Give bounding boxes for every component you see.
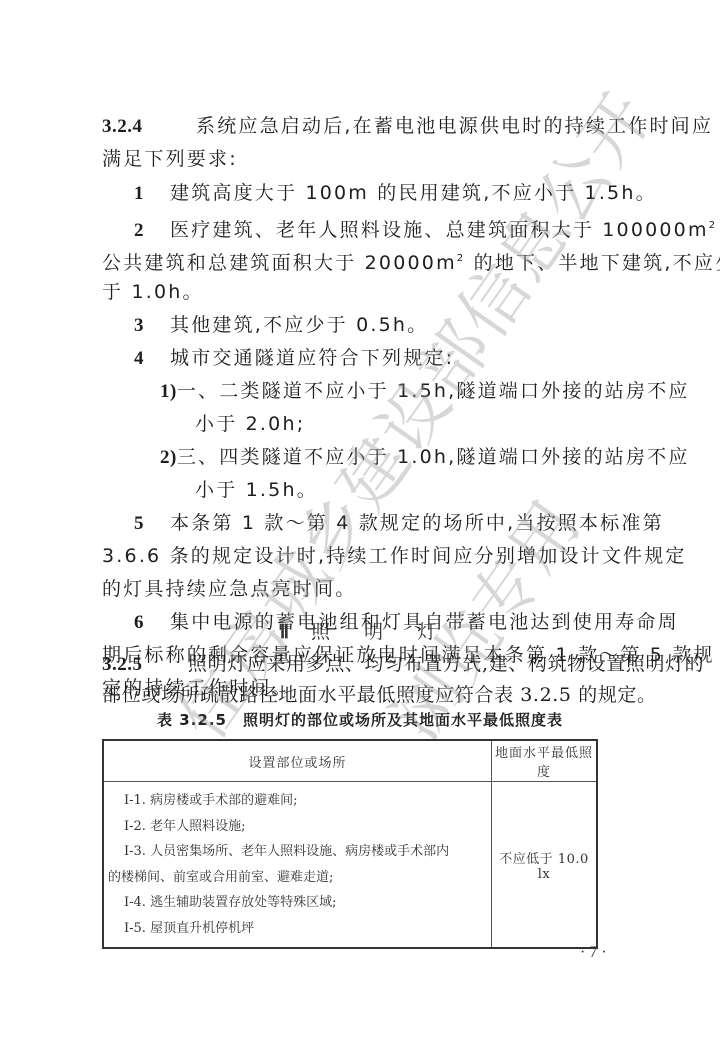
- places-cell: Ⅰ-1. 病房楼或手术部的避难间; Ⅰ-2. 老年人照料设施; Ⅰ-3. 人员密…: [103, 782, 492, 949]
- illuminance-table: 设置部位或场所 地面水平最低照度 Ⅰ-1. 病房楼或手术部的避难间; Ⅰ-2. …: [102, 739, 598, 949]
- section-roman-numeral: Ⅱ: [280, 622, 289, 643]
- place-item: Ⅰ-4. 逃生辅助装置存放处等特殊区域;: [108, 890, 487, 916]
- clause-number: 3.2.5: [102, 652, 188, 678]
- min-illuminance-cell: 不应低于 10.0 lx: [492, 782, 598, 949]
- clause-3-2-5-line-1: 3.2.5照明灯应采用多点、均匀布置方式,建、构筑物设置照明灯的: [102, 651, 634, 678]
- clause-text: 照明灯应采用多点、均匀布置方式,建、构筑物设置照明灯的: [188, 653, 704, 675]
- lower-block: Ⅱ照 明 灯 3.2.5照明灯应采用多点、均匀布置方式,建、构筑物设置照明灯的 …: [0, 0, 720, 1043]
- place-item: Ⅰ-3. 人员密集场所、老年人照料设施、病房楼或手术部内: [108, 839, 487, 865]
- place-item-continuation: 的楼梯间、前室或合用前室、避难走道;: [108, 865, 487, 891]
- section-heading: Ⅱ照 明 灯: [0, 619, 720, 646]
- table-row: Ⅰ-1. 病房楼或手术部的避难间; Ⅰ-2. 老年人照料设施; Ⅰ-3. 人员密…: [103, 782, 597, 949]
- table-header-row: 设置部位或场所 地面水平最低照度: [103, 740, 597, 782]
- place-item: Ⅰ-2. 老年人照料设施;: [108, 814, 487, 840]
- place-item: Ⅰ-5. 屋顶直升机停机坪: [108, 916, 487, 942]
- clause-3-2-5-line-2: 部位或场所疏散路径地面水平最低照度应符合表 3.2.5 的规定。: [102, 682, 634, 708]
- place-item: Ⅰ-1. 病房楼或手术部的避难间;: [108, 788, 487, 814]
- section-title: 照 明 灯: [311, 621, 450, 643]
- column-header-places: 设置部位或场所: [103, 740, 492, 782]
- page-number: · 7 ·: [580, 944, 607, 962]
- table-caption: 表 3.2.5 照明灯的部位或场所及其地面水平最低照度表: [0, 709, 720, 731]
- column-header-illuminance: 地面水平最低照度: [492, 740, 598, 782]
